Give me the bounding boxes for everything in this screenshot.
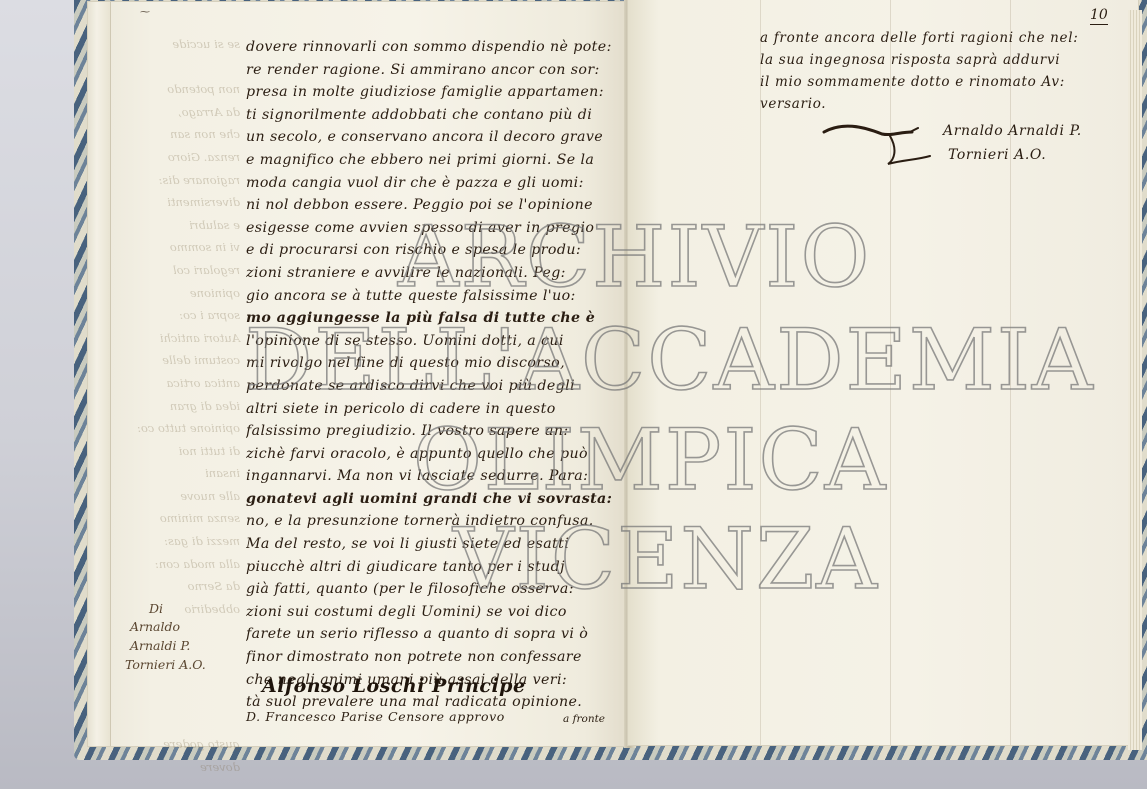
margin-note-line: Di [149,600,163,618]
bleed-through-line [120,56,240,79]
text-line: dovere rinnovarli con sommo dispendio nè… [246,36,631,59]
author-signature-line2: Tornieri A.O. [948,147,1046,163]
bleed-through-line: che non san [120,123,240,146]
bleed-through-line: non potendo [120,78,240,101]
bleed-through-line: idea di gran [120,395,240,418]
catchword: a fronte [563,713,605,725]
bleed-through-line: da Serno [120,575,240,598]
bleed-through-line: e salubri [120,214,240,237]
bleed-through-line: alle nuove [120,485,240,508]
text-line: presa in molte giudiziose famiglie appar… [246,81,631,104]
text-line: a fronte ancora delle forti ragioni che … [760,27,1130,49]
bleed-through-line: ragionare dis: [120,169,240,192]
bleed-through-line [120,711,240,734]
censor-approval: D. Francesco Parise Censore approvo [246,709,505,724]
text-line: moda cangia vuol dir che è pazza e gli u… [246,172,631,195]
bleed-through-line: dovere [120,756,240,779]
watermark-line: VICENZA [453,517,879,601]
text-line: ti signorilmente addobbati che contano p… [246,104,631,127]
watermark-line: ARCHIVIO [398,215,871,299]
approval-signature: Alfonso Loschi Principe [262,675,526,697]
text-line: un secolo, e conservano ancora il decoro… [246,126,631,149]
watermark-line: OLIMPICA [413,418,887,502]
left-page-fold [88,2,111,746]
text-line: versario. [760,93,1130,115]
page-number: 10 [1090,6,1108,25]
bleed-through-line: antica ortica [120,372,240,395]
bleed-through-line: renza. Gioro [120,146,240,169]
bleed-through-line: di tutti noi [120,440,240,463]
bleed-through-line: costumi delle [120,349,240,372]
text-line: e magnifico che ebbero nei primi giorni.… [246,149,631,172]
text-line: farete un serio riflesso a quanto di sop… [246,623,631,646]
page-edges [1128,10,1142,750]
bleed-through-line: sopra i co: [120,304,240,327]
watermark-line: DELL'ACCADEMIA [245,318,1095,402]
text-line: finor dimostrato non potrete non confess… [246,646,631,669]
bleed-through-line: gusto godere [120,733,240,756]
top-mark: ⁓ [140,7,150,18]
bleed-through-line: regolari col [120,259,240,282]
margin-note-line: Arnaldo [130,618,180,636]
bleed-through-line: se si uccide [120,33,240,56]
bleed-through-line: senza minimo [120,507,240,530]
margin-note-line: Arnaldi P. [130,637,190,655]
bleed-through-line: alla moda con: [120,553,240,576]
margin-note-line: Tornieri A.O. [125,656,206,674]
text-line: re render ragione. Si ammirano ancor con… [246,59,631,82]
bleed-through-line [120,688,240,711]
bleed-through-line: Autori antichi [120,327,240,350]
author-signature: Arnaldo Arnaldi P. [943,123,1082,139]
bleed-through-line: vi in sommo [120,236,240,259]
signature-flourish-icon [822,120,942,170]
bleed-through-line: mezzi di gas: [120,530,240,553]
bleed-through-line: da Arrago, [120,101,240,124]
text-line: la sua ingegnosa risposta saprà addurvi [760,49,1130,71]
bleed-through-line: insani [120,462,240,485]
right-page-body: a fronte ancora delle forti ragioni che … [760,27,1130,115]
bleed-through-line: opinione [120,282,240,305]
bleed-through-line: opinione tutto co: [120,417,240,440]
text-line: il mio sommamente dotto e rinomato Av: [760,71,1130,93]
bleed-through-line: diversimenti [120,191,240,214]
